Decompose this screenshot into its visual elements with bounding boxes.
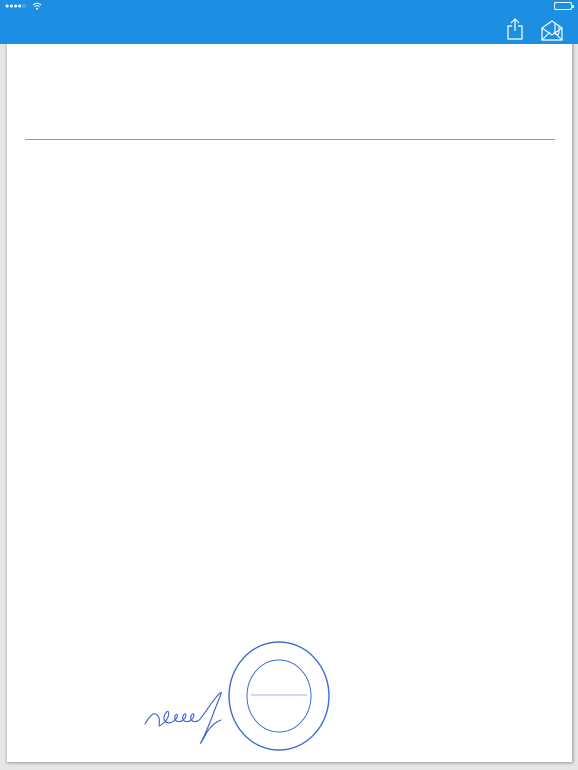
pdf-page[interactable] <box>6 0 572 762</box>
meta-row-printed <box>25 72 157 82</box>
signal-icon: ●●●●○ <box>5 3 26 10</box>
qr-code[interactable] <box>473 656 555 738</box>
status-bar: ●●●●○ <box>0 0 578 14</box>
stamp-image <box>227 640 331 752</box>
share-icon[interactable] <box>506 18 524 40</box>
wifi-icon <box>32 2 42 10</box>
mail-attachment-icon[interactable] <box>540 19 564 41</box>
pdf-viewer: ●●●●○ <box>0 0 578 770</box>
battery-icon <box>554 2 572 10</box>
meta-row-received <box>25 50 157 60</box>
top-bar: ●●●●○ <box>0 0 578 44</box>
table-header <box>25 122 555 140</box>
nav-bar <box>0 14 578 44</box>
signature-image <box>141 680 231 750</box>
meta-row-doctor <box>25 61 157 71</box>
battery-info <box>551 2 572 10</box>
carrier-info: ●●●●○ <box>5 2 42 10</box>
